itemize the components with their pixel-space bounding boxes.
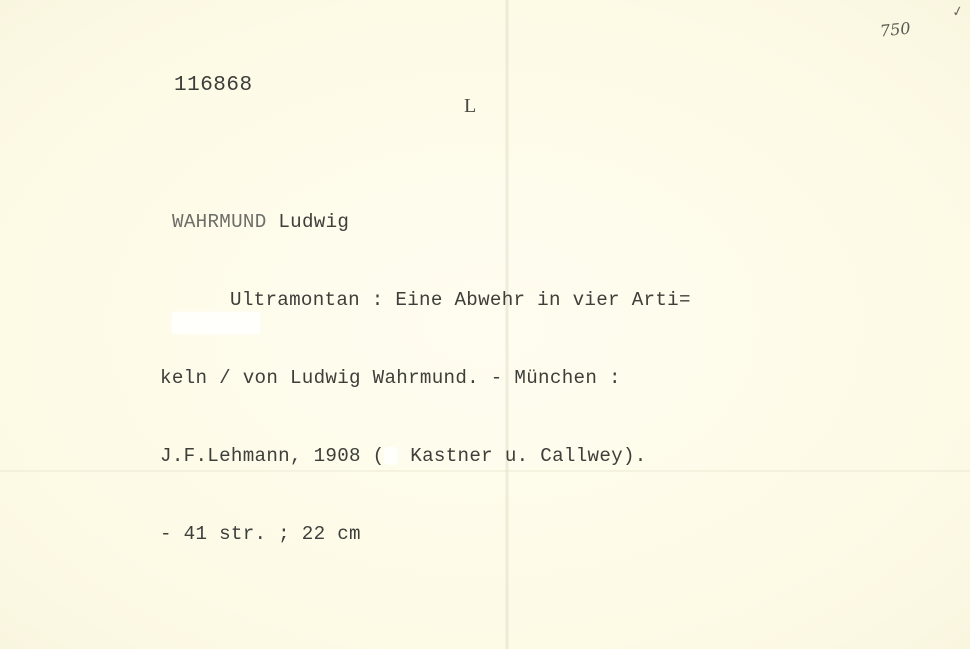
bibliographic-entry: WAHRMUND Ludwig Ultramontan : Eine Abweh… bbox=[160, 157, 691, 599]
location-mark: L bbox=[464, 95, 476, 118]
publisher-year: J.F.Lehmann, 1908 ( bbox=[160, 445, 384, 467]
author-heading: WAHRMUND Ludwig bbox=[172, 209, 691, 235]
author-surname: WAHRMUND bbox=[172, 211, 267, 233]
check-mark-icon: ✓ bbox=[950, 3, 965, 21]
imprint-line-1: keln / von Ludwig Wahrmund. - München : bbox=[160, 365, 691, 391]
printer: Kastner u. Callwey). bbox=[398, 445, 646, 467]
whiteout-patch bbox=[172, 312, 260, 334]
handwritten-number: 750 bbox=[879, 18, 911, 40]
catalog-card: 750 ✓ 116868 L WAHRMUND Ludwig Ultramont… bbox=[0, 0, 970, 649]
whiteout-correction bbox=[384, 447, 398, 465]
author-forename: Ludwig bbox=[278, 211, 349, 233]
imprint-line-2: J.F.Lehmann, 1908 ( Kastner u. Callwey). bbox=[160, 443, 691, 469]
title-line: Ultramontan : Eine Abwehr in vier Arti= bbox=[160, 287, 691, 313]
collation-line: - 41 str. ; 22 cm bbox=[160, 521, 691, 547]
accession-number: 116868 bbox=[174, 74, 253, 97]
